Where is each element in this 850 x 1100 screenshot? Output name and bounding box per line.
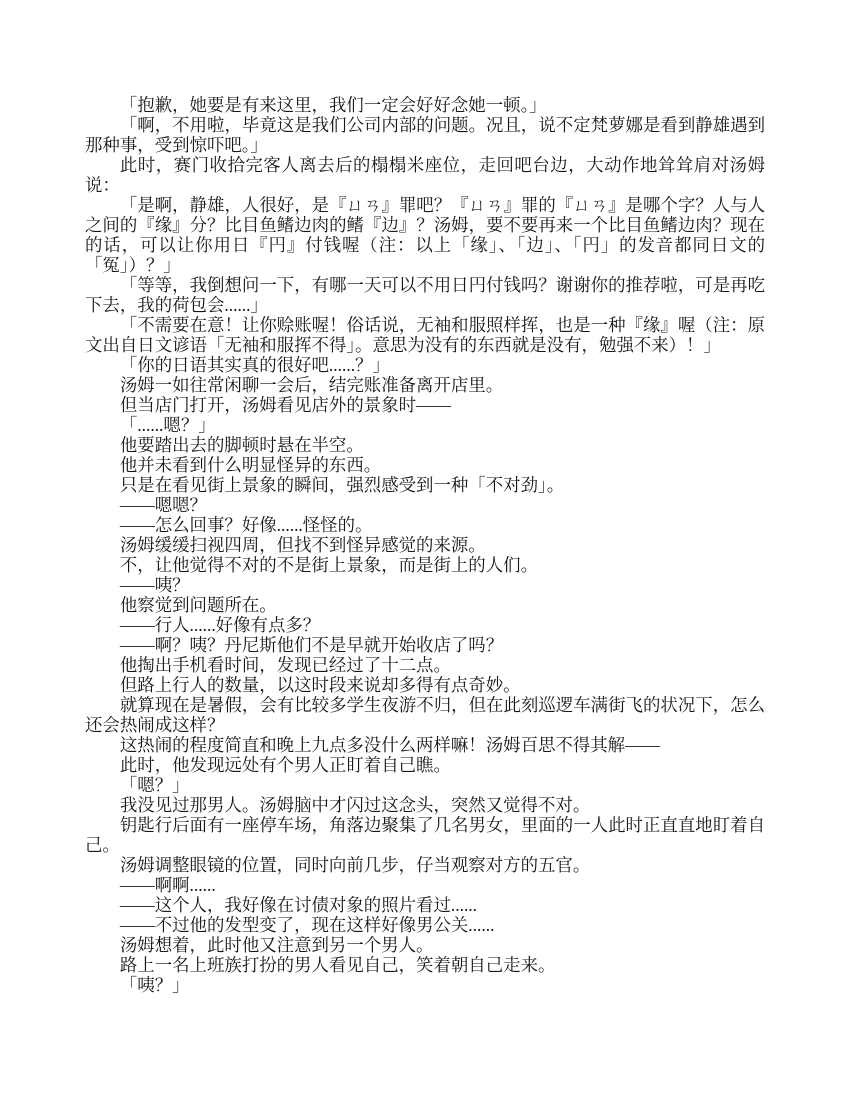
paragraph: 不，让他觉得不对的不是街上景象，而是街上的人们。 <box>85 555 765 575</box>
paragraph: 路上一名上班族打扮的男人看见自己，笑着朝自己走来。 <box>85 955 765 975</box>
paragraph: 「是啊，静雄，人很好，是『ㄩㄢ』罪吧？『ㄩㄢ』罪的『ㄩㄢ』是哪个字？人与人之间的… <box>85 195 765 275</box>
paragraph: 只是在看见街上景象的瞬间，强烈感受到一种「不对劲」。 <box>85 475 765 495</box>
paragraph: 他并未看到什么明显怪异的东西。 <box>85 455 765 475</box>
paragraph: 汤姆缓缓扫视四周，但找不到怪异感觉的来源。 <box>85 535 765 555</box>
paragraph: ——不过他的发型变了，现在这样好像男公关...... <box>85 915 765 935</box>
paragraph: 「等等，我倒想问一下，有哪一天可以不用日円付钱吗？谢谢你的推荐啦，可是再吃下去，… <box>85 275 765 315</box>
paragraph: 此时，赛门收拾完客人离去后的榻榻米座位，走回吧台边，大动作地耸耸肩对汤姆说： <box>85 155 765 195</box>
paragraph: 我没见过那男人。汤姆脑中才闪过这念头，突然又觉得不对。 <box>85 795 765 815</box>
paragraph: 钥匙行后面有一座停车场，角落边聚集了几名男女，里面的一人此时正直直地盯着自己。 <box>85 815 765 855</box>
paragraph: 就算现在是暑假，会有比较多学生夜游不归，但在此刻巡逻车满街飞的状况下，怎么还会热… <box>85 695 765 735</box>
novel-page-text: 「抱歉，她要是有来这里，我们一定会好好念她一顿。」「啊，不用啦，毕竟这是我们公司… <box>85 95 765 995</box>
paragraph: 「......嗯？」 <box>85 415 765 435</box>
paragraph: ——咦？ <box>85 575 765 595</box>
paragraph: 这热闹的程度简直和晚上九点多没什么两样嘛！汤姆百思不得其解—— <box>85 735 765 755</box>
paragraph: 但当店门打开，汤姆看见店外的景象时—— <box>85 395 765 415</box>
paragraph: ——这个人，我好像在讨债对象的照片看过...... <box>85 895 765 915</box>
paragraph: 汤姆想着，此时他又注意到另一个男人。 <box>85 935 765 955</box>
paragraph: 「啊，不用啦，毕竟这是我们公司内部的问题。况且，说不定梵萝娜是看到静雄遇到那种事… <box>85 115 765 155</box>
paragraph: 他要踏出去的脚顿时悬在半空。 <box>85 435 765 455</box>
paragraph: 此时，他发现远处有个男人正盯着自己瞧。 <box>85 755 765 775</box>
paragraph: 汤姆一如往常闲聊一会后，结完账准备离开店里。 <box>85 375 765 395</box>
paragraph: ——怎么回事？好像......怪怪的。 <box>85 515 765 535</box>
paragraph: 「嗯？」 <box>85 775 765 795</box>
paragraph: 「咦？」 <box>85 975 765 995</box>
paragraph: 「抱歉，她要是有来这里，我们一定会好好念她一顿。」 <box>85 95 765 115</box>
paragraph: 汤姆调整眼镜的位置，同时向前几步，仔当观察对方的五官。 <box>85 855 765 875</box>
paragraph: 他察觉到问题所在。 <box>85 595 765 615</box>
paragraph: ——啊？咦？丹尼斯他们不是早就开始收店了吗？ <box>85 635 765 655</box>
paragraph: 他掏出手机看时间，发现已经过了十二点。 <box>85 655 765 675</box>
paragraph: 但路上行人的数量，以这时段来说却多得有点奇妙。 <box>85 675 765 695</box>
paragraph: 「不需要在意！让你赊账喔！俗话说，无袖和服照样挥，也是一种『缘』喔（注：原文出自… <box>85 315 765 355</box>
paragraph: ——啊啊...... <box>85 875 765 895</box>
paragraph: 「你的日语其实真的很好吧......？」 <box>85 355 765 375</box>
paragraph: ——行人......好像有点多？ <box>85 615 765 635</box>
paragraph: ——嗯嗯？ <box>85 495 765 515</box>
